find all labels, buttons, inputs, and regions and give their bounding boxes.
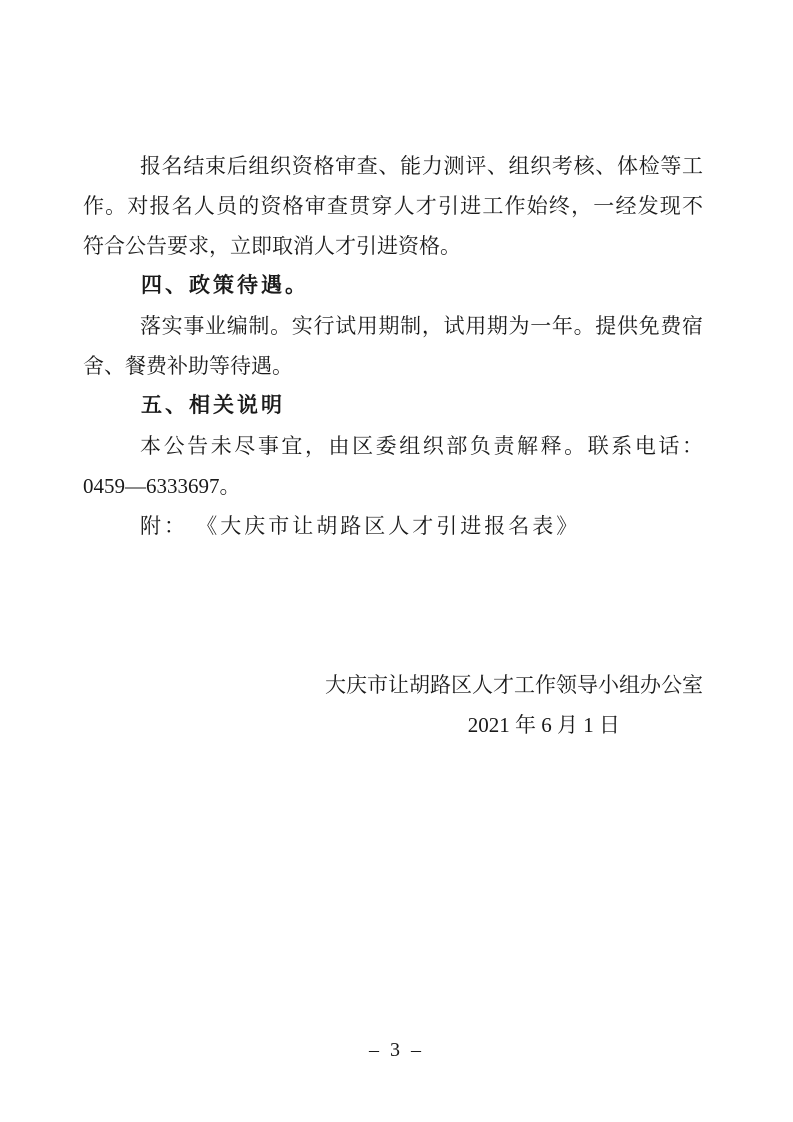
heading-policy-benefits: 四、政策待遇。 — [83, 266, 703, 306]
signature-organization: 大庆市让胡路区人才工作领导小组办公室 — [83, 665, 703, 705]
paragraph-policy-line-1: 落实事业编制。实行试用期制，试用期为一年。提供免费宿 — [83, 306, 703, 346]
paragraph-screening-line-1: 报名结束后组织资格审查、能力测评、组织考核、体检等工 — [83, 146, 703, 186]
page-number: – 3 – — [0, 1030, 793, 1070]
paragraph-policy-line-2: 舍、餐费补助等待遇。 — [83, 346, 703, 386]
date-issued: 2021 年 6 月 1 日 — [83, 705, 703, 745]
document-page: 报名结束后组织资格审查、能力测评、组织考核、体检等工 作。对报名人员的资格审查贯… — [0, 0, 793, 1122]
document-body: 报名结束后组织资格审查、能力测评、组织考核、体检等工 作。对报名人员的资格审查贯… — [83, 146, 703, 745]
attachment-reference: 附： 《大庆市让胡路区人才引进报名表》 — [83, 506, 703, 546]
paragraph-screening-line-3: 符合公告要求，立即取消人才引进资格。 — [83, 226, 703, 266]
paragraph-notes-line-1: 本公告未尽事宜，由区委组织部负责解释。联系电话： — [83, 426, 703, 466]
heading-related-notes: 五、相关说明 — [83, 386, 703, 426]
paragraph-screening-line-2: 作。对报名人员的资格审查贯穿人才引进工作始终，一经发现不 — [83, 186, 703, 226]
paragraph-notes-line-2: 0459—6333697。 — [83, 466, 703, 506]
